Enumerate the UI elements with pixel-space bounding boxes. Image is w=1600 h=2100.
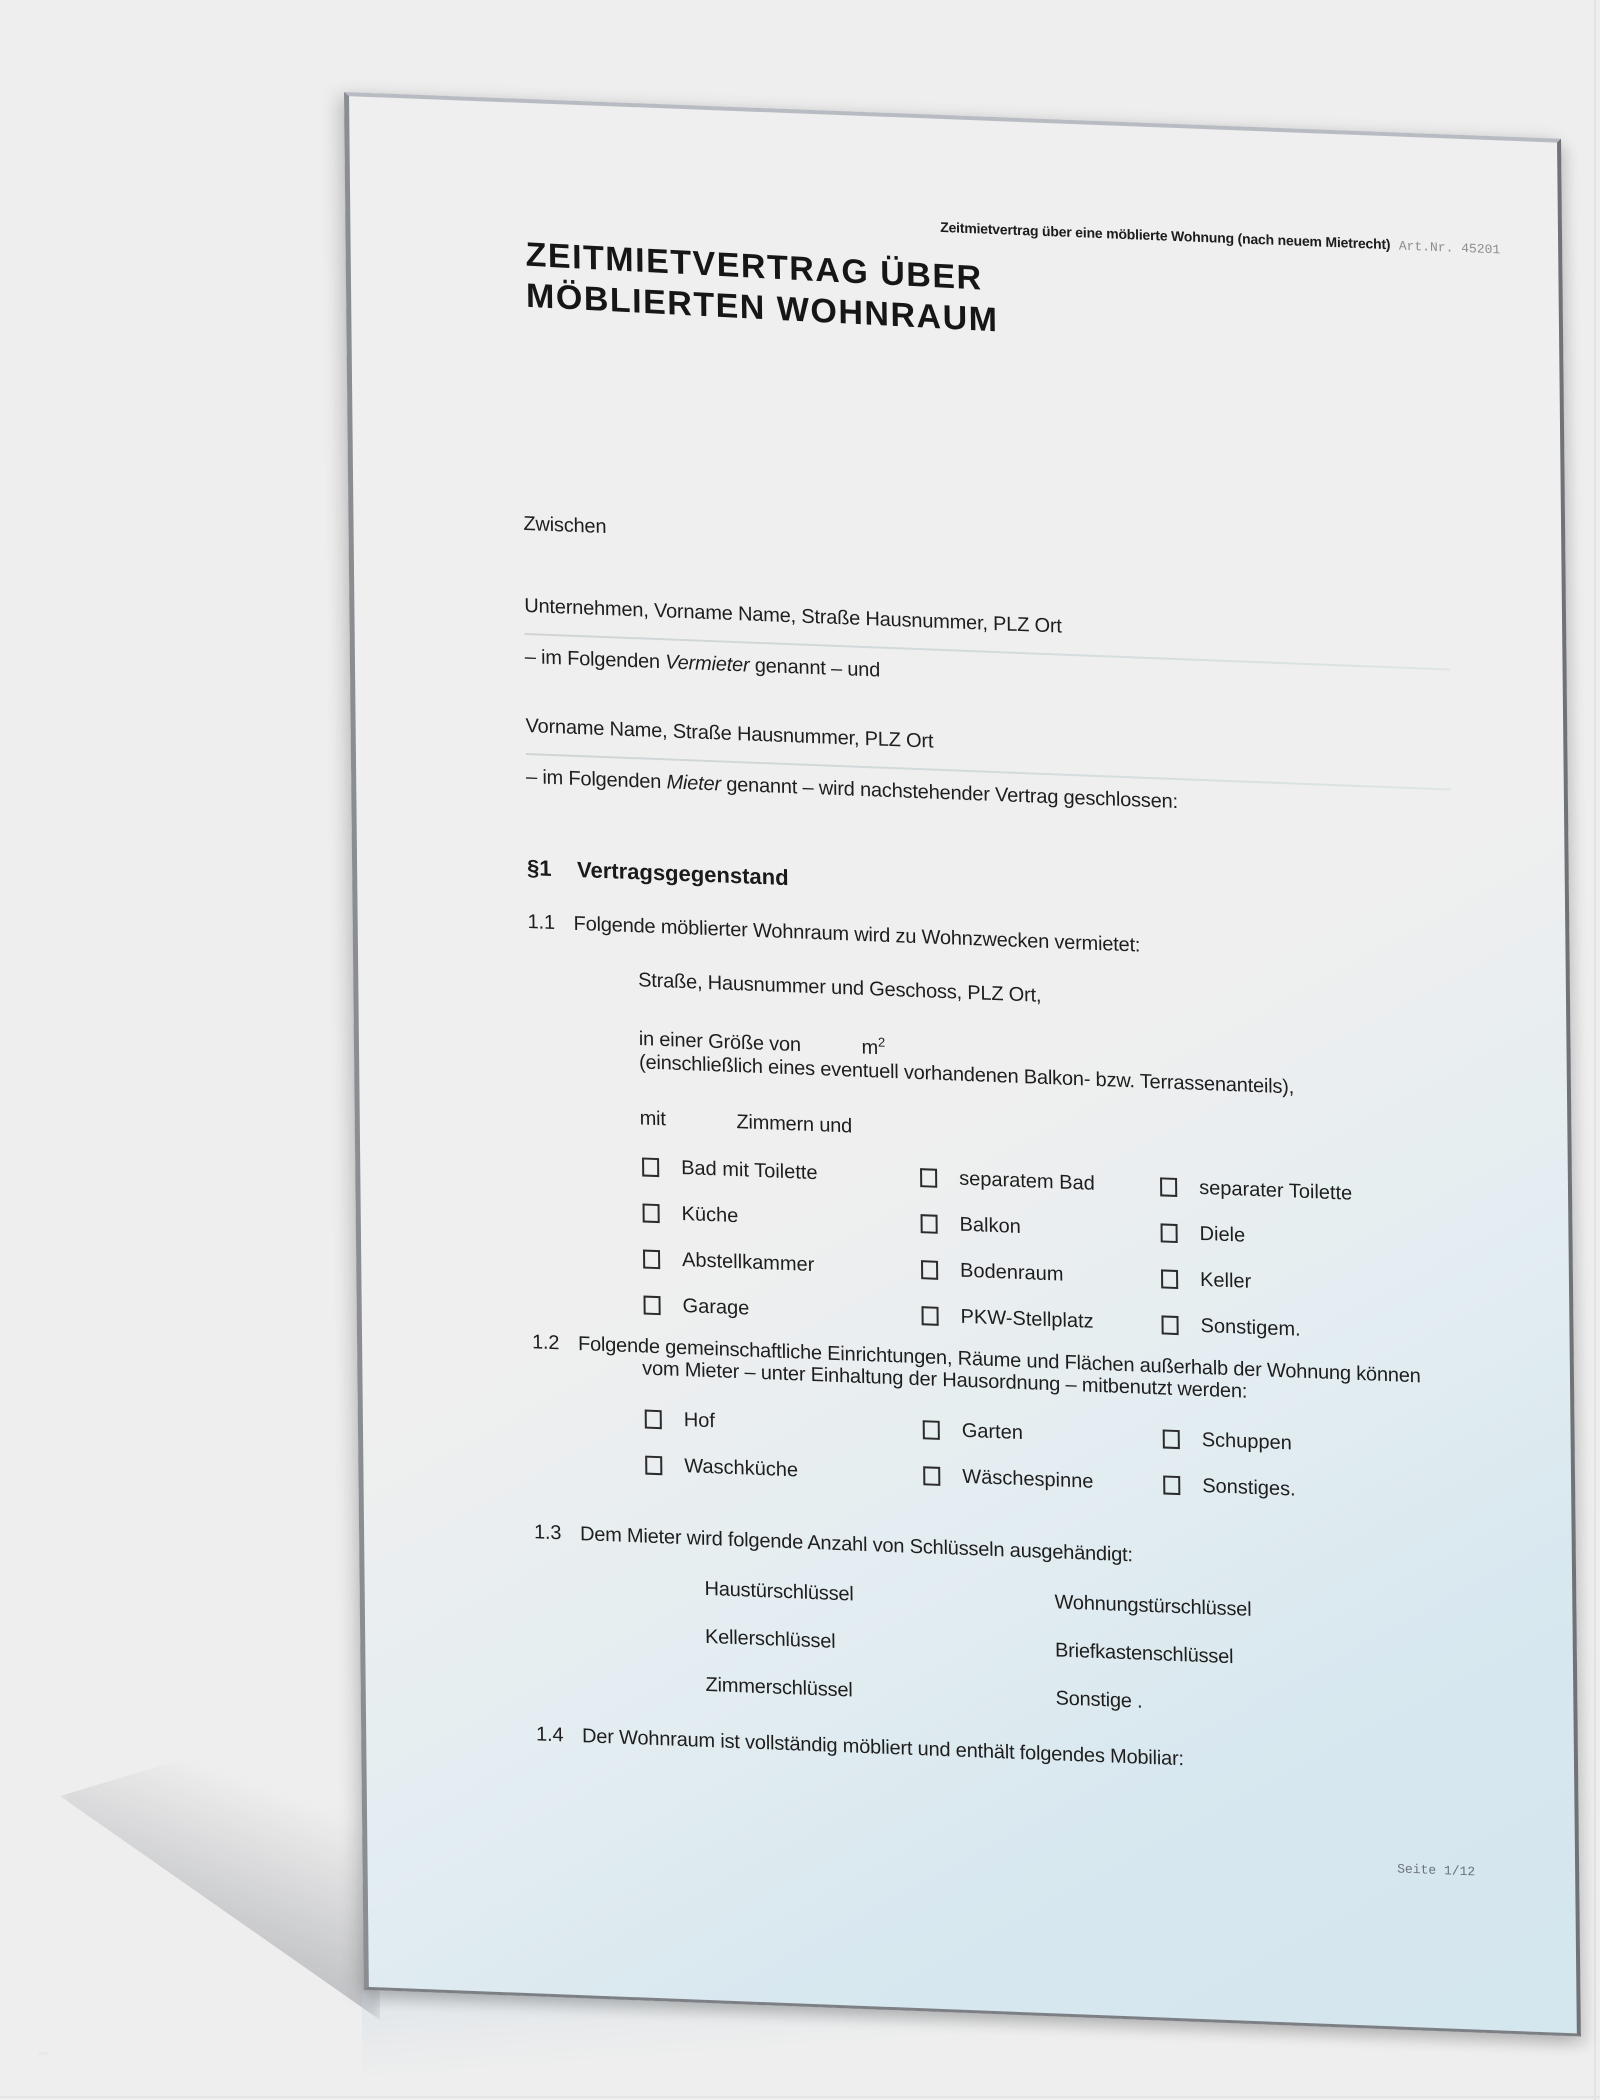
checkbox[interactable] <box>1161 1269 1178 1289</box>
paragraph-1-1: 1.1Folgende möblierter Wohnraum wird zu … <box>528 911 1141 958</box>
keys-list: HaustürschlüsselWohnungstürschlüsselKell… <box>349 96 1557 142</box>
paragraph-text: Folgende möblierter Wohnraum wird zu Woh… <box>574 913 1141 957</box>
tenant-field[interactable]: Vorname Name, Straße Hausnummer, PLZ Ort <box>525 715 933 754</box>
size-value-field[interactable] <box>806 1051 856 1053</box>
key-item-kellerschlüssel[interactable]: Kellerschlüssel <box>705 1626 836 1654</box>
key-item-zimmerschlüssel[interactable]: Zimmerschlüssel <box>705 1674 852 1703</box>
paragraph-1-4: 1.4Der Wohnraum ist vollständig möbliert… <box>536 1723 1184 1771</box>
checkbox-item-separatem-bad[interactable]: separatem Bad <box>920 1166 1095 1196</box>
checkbox-label: Sonstiges. <box>1202 1475 1296 1502</box>
checkbox-label: Hof <box>684 1409 715 1433</box>
rooms-suffix: Zimmern und <box>736 1111 852 1137</box>
checkbox-item-garage[interactable]: Garage <box>643 1294 749 1321</box>
checkbox-item-waschküche[interactable]: Waschküche <box>645 1454 798 1483</box>
checkbox-item-keller[interactable]: Keller <box>1161 1267 1251 1293</box>
size-unit: m <box>861 1037 878 1060</box>
between-label: Zwischen <box>523 513 606 539</box>
tenant-role-name: Mieter <box>666 771 721 795</box>
section-1-heading: §1Vertragsgegenstand <box>527 855 789 891</box>
document-page: Zeitmietvertrag über eine möblierte Wohn… <box>344 92 1581 2037</box>
checkbox-label: Küche <box>681 1203 738 1228</box>
paragraph-number: 1.4 <box>536 1723 582 1748</box>
tenant-role-suffix: genannt – wird nachstehender Vertrag ges… <box>721 773 1178 813</box>
address-field[interactable]: Straße, Hausnummer und Geschoss, PLZ Ort… <box>638 969 1041 1007</box>
running-header: Zeitmietvertrag über eine möblierte Wohn… <box>940 219 1500 259</box>
paragraph-number: 1.2 <box>532 1331 578 1356</box>
checkbox[interactable] <box>921 1214 938 1234</box>
section-number: §1 <box>527 855 577 883</box>
landlord-role-suffix: genannt – und <box>749 655 880 682</box>
landlord-role: – im Folgenden Vermieter genannt – und <box>525 646 880 683</box>
checkbox-item-wäschespinne[interactable]: Wäschespinne <box>923 1464 1093 1494</box>
document-title: ZEITMIETVERTRAG ÜBER MÖBLIERTEN WOHNRAUM <box>525 235 998 342</box>
checkbox-item-bad-mit-toilette[interactable]: Bad mit Toilette <box>642 1155 818 1185</box>
checkbox[interactable] <box>1163 1429 1180 1449</box>
shared-facilities-checkboxes: HofGartenSchuppenWaschkücheWäschespinneS… <box>349 96 1557 142</box>
checkbox-label: Wäschespinne <box>962 1466 1093 1494</box>
checkbox-label: separater Toilette <box>1199 1177 1352 1206</box>
checkbox[interactable] <box>921 1306 938 1326</box>
checkbox[interactable] <box>923 1420 940 1440</box>
checkbox[interactable] <box>645 1456 662 1476</box>
key-item-wohnungstürschlüssel[interactable]: Wohnungstürschlüssel <box>1054 1591 1251 1622</box>
key-item-sonstige[interactable]: Sonstige . <box>1055 1687 1142 1713</box>
checkbox-label: Garage <box>682 1295 749 1321</box>
tenant-role-prefix: – im Folgenden <box>526 766 667 793</box>
checkbox-item-garten[interactable]: Garten <box>923 1418 1023 1445</box>
checkbox-item-diele[interactable]: Diele <box>1160 1221 1245 1247</box>
section-title: Vertragsgegenstand <box>577 857 789 890</box>
checkbox-label: PKW-Stellplatz <box>960 1306 1093 1334</box>
checkbox-item-sonstigem[interactable]: Sonstigem. <box>1161 1313 1300 1341</box>
checkbox[interactable] <box>643 1296 660 1316</box>
rooms-prefix: mit <box>640 1107 666 1130</box>
paragraph-text: Der Wohnraum ist vollständig möbliert un… <box>582 1725 1184 1770</box>
checkbox-label: Bodenraum <box>960 1260 1064 1287</box>
page-shadow <box>60 1700 380 2020</box>
checkbox[interactable] <box>1161 1315 1178 1335</box>
checkbox-item-abstellkammer[interactable]: Abstellkammer <box>643 1247 815 1277</box>
paragraph-number: 1.1 <box>528 911 574 936</box>
checkbox[interactable] <box>921 1260 938 1280</box>
page-number: Seite 1/12 <box>1397 1861 1475 1879</box>
landlord-field[interactable]: Unternehmen, Vorname Name, Straße Hausnu… <box>524 595 1062 639</box>
checkbox[interactable] <box>643 1203 660 1223</box>
landlord-role-name: Vermieter <box>665 651 749 676</box>
checkbox-label: Diele <box>1199 1223 1245 1248</box>
frame-bottom-edge <box>0 2096 1600 2098</box>
rooms-line: mit Zimmern und <box>640 1107 853 1138</box>
watermark: ▫▫▫ <box>38 2048 48 2058</box>
frame-right-edge <box>1594 0 1596 2100</box>
checkbox-label: Balkon <box>959 1214 1020 1239</box>
paragraph-1-3: 1.3Dem Mieter wird folgende Anzahl von S… <box>534 1521 1133 1567</box>
checkbox[interactable] <box>645 1410 662 1430</box>
paragraph-text: Dem Mieter wird folgende Anzahl von Schl… <box>580 1523 1133 1566</box>
checkbox-label: Garten <box>962 1420 1023 1445</box>
checkbox[interactable] <box>923 1466 940 1486</box>
checkbox[interactable] <box>1160 1177 1177 1197</box>
checkbox[interactable] <box>920 1168 937 1188</box>
checkbox-item-hof[interactable]: Hof <box>645 1408 715 1434</box>
checkbox-item-sonstiges[interactable]: Sonstiges. <box>1163 1473 1296 1501</box>
checkbox-label: Keller <box>1200 1269 1251 1294</box>
size-note: (einschließlich eines eventuell vorhande… <box>639 1051 1294 1099</box>
checkbox-item-balkon[interactable]: Balkon <box>920 1212 1020 1239</box>
checkbox-item-bodenraum[interactable]: Bodenraum <box>921 1258 1064 1286</box>
key-item-briefkastenschlüssel[interactable]: Briefkastenschlüssel <box>1055 1639 1234 1669</box>
checkbox-label: Sonstigem. <box>1200 1315 1300 1342</box>
checkbox-item-schuppen[interactable]: Schuppen <box>1163 1427 1292 1455</box>
checkbox-label: Bad mit Toilette <box>681 1157 818 1185</box>
header-title: Zeitmietvertrag über eine möblierte Wohn… <box>940 219 1390 252</box>
landlord-role-prefix: – im Folgenden <box>525 646 666 673</box>
checkbox-item-separater-toilette[interactable]: separater Toilette <box>1160 1175 1352 1205</box>
size-unit-superscript: 2 <box>878 1035 885 1050</box>
checkbox[interactable] <box>1161 1223 1178 1243</box>
tenant-role: – im Folgenden Mieter genannt – wird nac… <box>526 766 1178 814</box>
checkbox-item-küche[interactable]: Küche <box>642 1201 738 1228</box>
room-features-checkboxes: Bad mit Toiletteseparatem Badseparater T… <box>349 96 1557 142</box>
checkbox-label: Waschküche <box>684 1455 798 1482</box>
key-item-haustürschlüssel[interactable]: Haustürschlüssel <box>704 1578 853 1607</box>
checkbox[interactable] <box>643 1249 660 1269</box>
checkbox[interactable] <box>1163 1475 1180 1495</box>
paragraph-number: 1.3 <box>534 1521 580 1546</box>
checkbox[interactable] <box>642 1157 659 1177</box>
article-number: Art.Nr. 45201 <box>1399 239 1501 258</box>
rooms-value-field[interactable] <box>671 1126 731 1128</box>
checkbox-label: Abstellkammer <box>682 1249 815 1277</box>
checkbox-label: Schuppen <box>1202 1429 1292 1455</box>
checkbox-item-pkw-stellplatz[interactable]: PKW-Stellplatz <box>921 1304 1093 1334</box>
checkbox-label: separatem Bad <box>959 1168 1095 1196</box>
